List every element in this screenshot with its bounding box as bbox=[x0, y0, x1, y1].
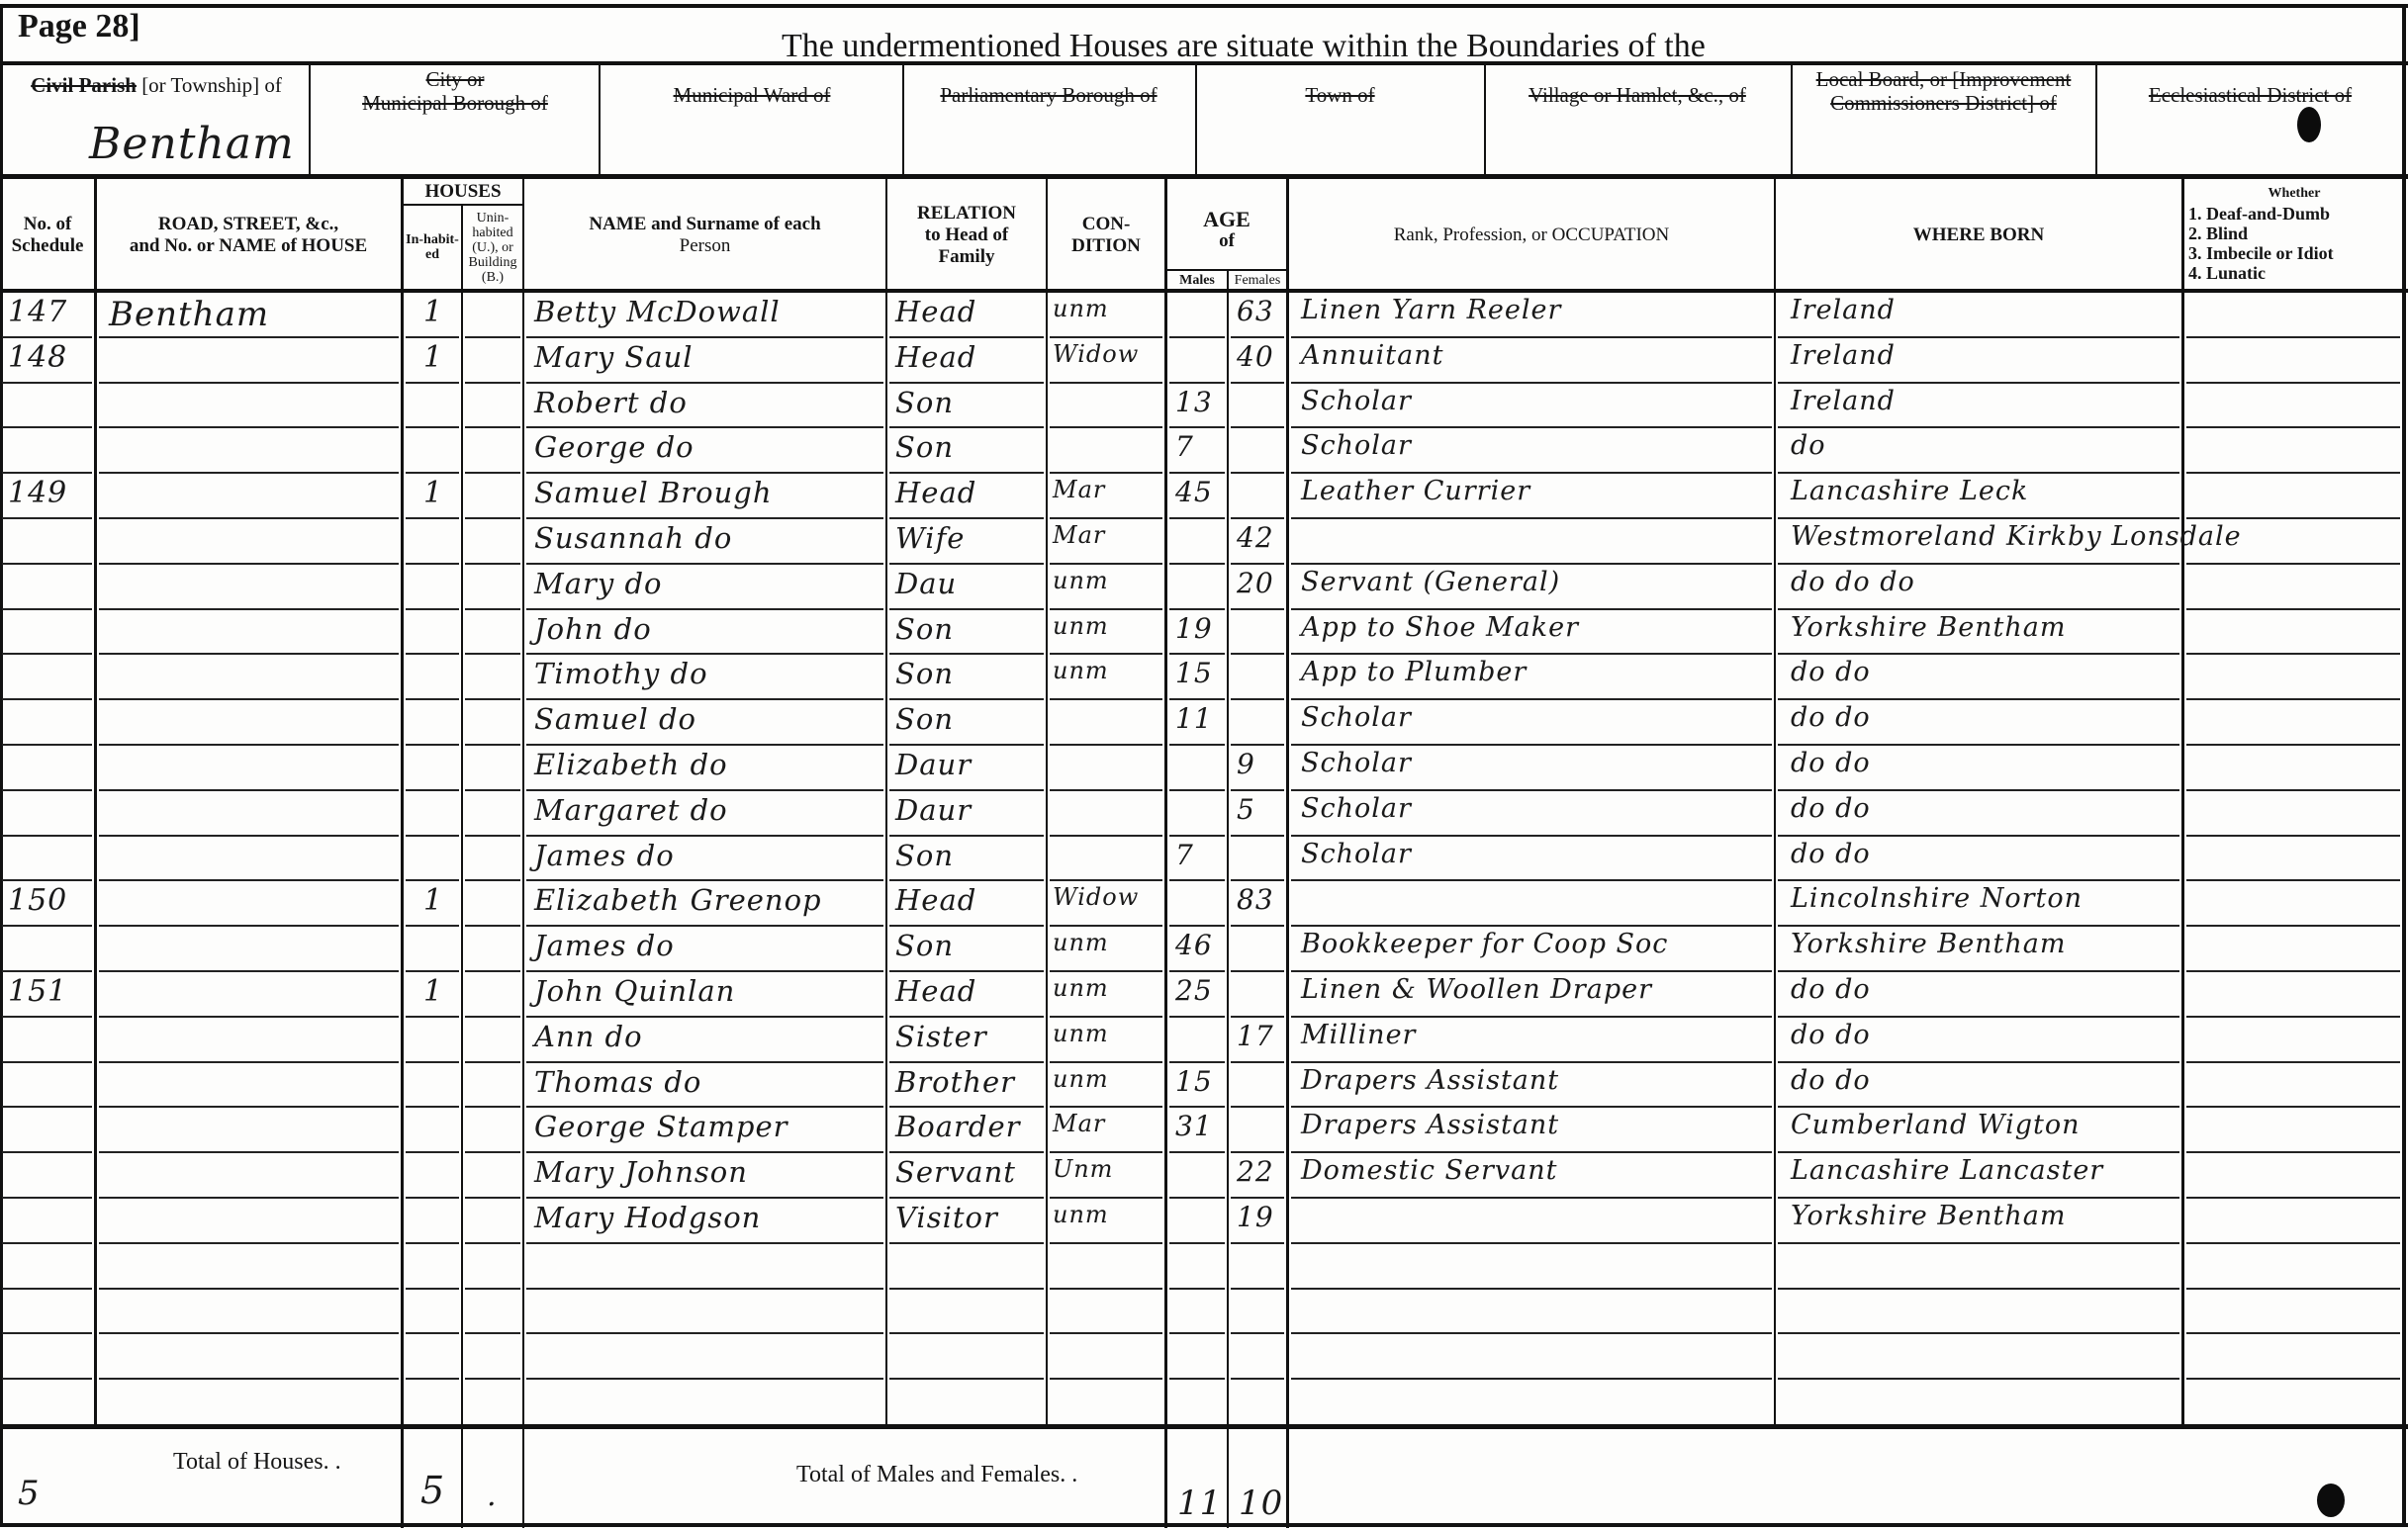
row-rule bbox=[99, 1151, 399, 1153]
header-relation-line2: to Head of bbox=[925, 225, 1008, 246]
row-rule bbox=[1778, 517, 2179, 519]
row-rule bbox=[1291, 1378, 1772, 1380]
cell-schedule: 148 bbox=[8, 340, 67, 375]
admin-divider bbox=[1484, 65, 1486, 174]
col-rule bbox=[522, 178, 524, 1528]
row-rule bbox=[526, 835, 883, 837]
row-rule bbox=[99, 744, 399, 746]
col-rule bbox=[401, 178, 404, 1528]
row-rule bbox=[889, 970, 1044, 972]
row-rule bbox=[1291, 608, 1772, 610]
row-rule bbox=[1291, 426, 1772, 428]
row-rule bbox=[1050, 1242, 1162, 1244]
cell-male-age: 7 bbox=[1175, 839, 1194, 871]
row-rule bbox=[1291, 1151, 1772, 1153]
row-rule bbox=[1291, 382, 1772, 384]
cell-occupation: Scholar bbox=[1301, 839, 1412, 869]
header-name: NAME and Surname of each Person bbox=[524, 184, 885, 287]
row-rule bbox=[1778, 426, 2179, 428]
cell-name: George do bbox=[534, 430, 695, 464]
cell-name: Thomas do bbox=[534, 1065, 701, 1099]
cell-relation: Visitor bbox=[895, 1201, 998, 1234]
cell-occupation: Linen & Woollen Draper bbox=[1301, 974, 1652, 1005]
row-rule bbox=[465, 789, 520, 791]
row-rule bbox=[1231, 382, 1284, 384]
row-rule bbox=[526, 426, 883, 428]
cell-where-born: Yorkshire Bentham bbox=[1791, 929, 2067, 959]
header-age-males: Males bbox=[1167, 271, 1227, 289]
header-name-line1: NAME and Surname of each bbox=[589, 214, 820, 235]
cell-relation: Head bbox=[895, 883, 976, 917]
row-rule bbox=[889, 426, 1044, 428]
row-rule bbox=[1231, 653, 1284, 655]
row-rule bbox=[1231, 1016, 1284, 1018]
header-road: ROAD, STREET, &c., and No. or NAME of HO… bbox=[99, 184, 398, 287]
row-rule bbox=[406, 653, 459, 655]
row-rule bbox=[1050, 653, 1162, 655]
row-rule bbox=[1778, 1106, 2179, 1108]
cell-where-born: Yorkshire Bentham bbox=[1791, 612, 2067, 643]
row-rule bbox=[1169, 563, 1225, 565]
row-rule bbox=[526, 653, 883, 655]
row-rule bbox=[1291, 517, 1772, 519]
cell-occupation: Servant (General) bbox=[1301, 567, 1560, 597]
row-rule bbox=[1050, 336, 1162, 338]
cell-occupation: App to Plumber bbox=[1301, 657, 1527, 687]
municipal-borough-label: City or Municipal Borough of bbox=[317, 67, 594, 115]
row-rule bbox=[406, 879, 459, 881]
row-rule bbox=[2186, 1106, 2400, 1108]
cell-name: Mary Johnson bbox=[534, 1155, 748, 1189]
cell-name: Robert do bbox=[534, 386, 688, 419]
row-rule bbox=[2, 879, 92, 881]
row-rule bbox=[1231, 1378, 1284, 1380]
row-rule bbox=[1050, 472, 1162, 474]
row-rule bbox=[889, 472, 1044, 474]
cell-female-age: 9 bbox=[1237, 748, 1255, 780]
row-rule bbox=[465, 1197, 520, 1199]
row-rule bbox=[1169, 970, 1225, 972]
cell-relation: Servant bbox=[895, 1155, 1016, 1189]
row-rule bbox=[1231, 1151, 1284, 1153]
header-rule bbox=[0, 289, 2408, 293]
row-rule bbox=[406, 1197, 459, 1199]
row-rule bbox=[2186, 925, 2400, 927]
town-label: Town of bbox=[1199, 83, 1481, 107]
cell-name: James do bbox=[534, 929, 675, 962]
municipal-ward-label: Municipal Ward of bbox=[608, 83, 895, 107]
row-rule bbox=[1050, 1332, 1162, 1334]
cell-condition: Unm bbox=[1053, 1155, 1113, 1183]
row-rule bbox=[526, 698, 883, 700]
row-rule bbox=[526, 608, 883, 610]
row-rule bbox=[1050, 1288, 1162, 1290]
row-rule bbox=[2186, 1016, 2400, 1018]
row-rule bbox=[1291, 925, 1772, 927]
header-road-line1: ROAD, STREET, &c., bbox=[158, 214, 338, 235]
cell-female-age: 63 bbox=[1237, 295, 1274, 327]
header-condition-line1: CON- bbox=[1082, 214, 1131, 235]
row-rule bbox=[889, 653, 1044, 655]
col-rule bbox=[94, 178, 97, 1424]
row-rule bbox=[1050, 517, 1162, 519]
cell-occupation: Scholar bbox=[1301, 386, 1412, 416]
header-infirmity-item: 4. Lunatic bbox=[2188, 263, 2400, 283]
row-rule bbox=[526, 1378, 883, 1380]
header-infirmity-item: 3. Imbecile or Idiot bbox=[2188, 243, 2400, 263]
row-rule bbox=[1231, 517, 1284, 519]
cell-occupation: Scholar bbox=[1301, 702, 1412, 733]
cell-inhabited: 1 bbox=[423, 974, 443, 1009]
row-rule bbox=[406, 970, 459, 972]
civil-parish-label: Civil Parish [or Township] of bbox=[6, 73, 307, 97]
cell-where-born: do do bbox=[1791, 1065, 1871, 1096]
cell-occupation: Linen Yarn Reeler bbox=[1301, 295, 1561, 325]
row-rule bbox=[1778, 1061, 2179, 1063]
header-relation-line1: RELATION bbox=[917, 203, 1016, 225]
row-rule bbox=[889, 698, 1044, 700]
row-rule bbox=[1778, 563, 2179, 565]
row-rule bbox=[1291, 698, 1772, 700]
row-rule bbox=[889, 744, 1044, 746]
row-rule bbox=[465, 744, 520, 746]
row-rule bbox=[406, 789, 459, 791]
row-rule bbox=[1291, 879, 1772, 881]
row-rule bbox=[889, 1061, 1044, 1063]
row-rule bbox=[1778, 472, 2179, 474]
row-rule bbox=[99, 698, 399, 700]
row-rule bbox=[2, 925, 92, 927]
row-rule bbox=[889, 1242, 1044, 1244]
row-rule bbox=[465, 970, 520, 972]
row-rule bbox=[2186, 1288, 2400, 1290]
cell-relation: Son bbox=[895, 386, 954, 419]
cell-schedule: 149 bbox=[8, 476, 67, 510]
row-rule bbox=[1050, 925, 1162, 927]
cell-occupation: Leather Currier bbox=[1301, 476, 1530, 506]
row-rule bbox=[889, 1332, 1044, 1334]
row-rule bbox=[2, 336, 92, 338]
row-rule bbox=[2, 653, 92, 655]
header-inhabited: In-habit-ed bbox=[404, 208, 461, 287]
row-rule bbox=[1169, 1106, 1225, 1108]
row-rule bbox=[1231, 744, 1284, 746]
cell-where-born: do bbox=[1791, 430, 1826, 461]
cell-where-born: do do do bbox=[1791, 567, 1915, 597]
row-rule bbox=[1169, 925, 1225, 927]
row-rule bbox=[2186, 517, 2400, 519]
row-rule bbox=[526, 744, 883, 746]
cell-where-born: do do bbox=[1791, 793, 1871, 824]
row-rule bbox=[1050, 382, 1162, 384]
row-rule bbox=[406, 472, 459, 474]
cell-female-age: 22 bbox=[1237, 1155, 1274, 1188]
parliamentary-borough-label: Parliamentary Borough of bbox=[905, 83, 1192, 107]
row-rule bbox=[406, 744, 459, 746]
row-rule bbox=[1169, 835, 1225, 837]
row-rule bbox=[406, 382, 459, 384]
cell-occupation: Domestic Servant bbox=[1301, 1155, 1558, 1186]
cell-occupation: Drapers Assistant bbox=[1301, 1065, 1559, 1096]
row-rule bbox=[1050, 1061, 1162, 1063]
row-rule bbox=[1169, 472, 1225, 474]
cell-male-age: 15 bbox=[1175, 1065, 1213, 1098]
row-rule bbox=[406, 1288, 459, 1290]
cell-occupation: Scholar bbox=[1301, 748, 1412, 778]
row-rule bbox=[526, 1016, 883, 1018]
row-rule bbox=[1778, 1242, 2179, 1244]
row-rule bbox=[1169, 608, 1225, 610]
row-rule bbox=[1050, 1151, 1162, 1153]
row-rule bbox=[406, 1151, 459, 1153]
row-rule bbox=[1169, 879, 1225, 881]
admin-divider bbox=[599, 65, 601, 174]
row-rule bbox=[2, 698, 92, 700]
local-board-label-line2: Commissioners District] of bbox=[1793, 91, 2094, 115]
header-houses: HOUSES bbox=[404, 180, 522, 204]
row-rule bbox=[1169, 336, 1225, 338]
row-rule bbox=[2, 1332, 92, 1334]
cell-where-born: Westmoreland Kirkby Lonsdale bbox=[1791, 521, 2242, 552]
row-rule bbox=[1778, 970, 2179, 972]
header-condition: CON- DITION bbox=[1048, 184, 1164, 287]
cell-female-age: 83 bbox=[1237, 883, 1274, 916]
total-houses-uninhabited: . bbox=[487, 1479, 498, 1513]
row-rule bbox=[2, 744, 92, 746]
row-rule bbox=[406, 517, 459, 519]
row-rule bbox=[465, 835, 520, 837]
row-rule bbox=[1231, 472, 1284, 474]
cell-relation: Head bbox=[895, 974, 976, 1008]
row-rule bbox=[1050, 835, 1162, 837]
cell-where-born: do do bbox=[1791, 1020, 1871, 1050]
village-label: Village or Hamlet, &c., of bbox=[1489, 83, 1786, 107]
page-number: Page 28] bbox=[18, 8, 140, 45]
row-rule bbox=[99, 970, 399, 972]
total-houses-inhabited: 5 bbox=[420, 1469, 445, 1512]
row-rule bbox=[526, 925, 883, 927]
row-rule bbox=[1231, 1332, 1284, 1334]
row-rule bbox=[1778, 382, 2179, 384]
row-rule bbox=[1050, 608, 1162, 610]
cell-condition: Widow bbox=[1053, 883, 1139, 911]
admin-divider bbox=[2095, 65, 2097, 174]
cell-condition: unm bbox=[1053, 567, 1109, 594]
cell-female-age: 42 bbox=[1237, 521, 1274, 554]
cell-name: Elizabeth Greenop bbox=[534, 883, 822, 917]
cell-where-born: do do bbox=[1791, 974, 1871, 1005]
row-rule bbox=[465, 517, 520, 519]
cell-male-age: 15 bbox=[1175, 657, 1213, 689]
row-rule bbox=[465, 382, 520, 384]
row-rule bbox=[1778, 1332, 2179, 1334]
cell-where-born: Ireland bbox=[1791, 340, 1896, 371]
row-rule bbox=[1169, 653, 1225, 655]
row-rule bbox=[889, 1378, 1044, 1380]
row-rule bbox=[526, 1288, 883, 1290]
cell-female-age: 20 bbox=[1237, 567, 1274, 599]
cell-occupation: App to Shoe Maker bbox=[1301, 612, 1579, 643]
cell-condition: Mar bbox=[1053, 476, 1105, 503]
row-rule bbox=[2186, 835, 2400, 837]
row-rule bbox=[99, 336, 399, 338]
cell-name: Elizabeth do bbox=[534, 748, 728, 781]
row-rule bbox=[2186, 1332, 2400, 1334]
cell-where-born: Lincolnshire Norton bbox=[1791, 883, 2083, 914]
row-rule bbox=[99, 1061, 399, 1063]
ink-blot bbox=[2297, 107, 2321, 142]
row-rule bbox=[889, 1151, 1044, 1153]
header-infirmity-item: 2. Blind bbox=[2188, 224, 2400, 243]
cell-where-born: Lancashire Leck bbox=[1791, 476, 2028, 506]
row-rule bbox=[1231, 789, 1284, 791]
row-rule bbox=[99, 653, 399, 655]
row-rule bbox=[1778, 336, 2179, 338]
cell-female-age: 17 bbox=[1237, 1020, 1274, 1052]
cell-condition: unm bbox=[1053, 1201, 1109, 1228]
cell-name: John Quinlan bbox=[534, 974, 735, 1008]
cell-schedule: 147 bbox=[8, 295, 67, 329]
row-rule bbox=[2186, 1242, 2400, 1244]
cell-male-age: 7 bbox=[1175, 430, 1194, 463]
civil-parish-value: Bentham bbox=[89, 119, 295, 169]
row-rule bbox=[1169, 1242, 1225, 1244]
row-rule bbox=[1050, 1197, 1162, 1199]
row-rule bbox=[1231, 1288, 1284, 1290]
cell-condition: unm bbox=[1053, 295, 1109, 322]
cell-occupation: Bookkeeper for Coop Soc bbox=[1301, 929, 1668, 959]
row-rule bbox=[1169, 698, 1225, 700]
col-rule bbox=[1227, 269, 1229, 1528]
cell-condition: unm bbox=[1053, 929, 1109, 956]
header-condition-line2: DITION bbox=[1071, 235, 1141, 257]
row-rule bbox=[526, 563, 883, 565]
row-rule bbox=[99, 1242, 399, 1244]
row-rule bbox=[2186, 472, 2400, 474]
cell-relation: Son bbox=[895, 430, 954, 464]
cell-where-born: do do bbox=[1791, 839, 1871, 869]
cell-condition: unm bbox=[1053, 974, 1109, 1002]
cell-relation: Dau bbox=[895, 567, 957, 600]
row-rule bbox=[99, 1106, 399, 1108]
row-rule bbox=[1778, 835, 2179, 837]
cell-name: Samuel do bbox=[534, 702, 696, 736]
cell-name: Mary Saul bbox=[534, 340, 694, 374]
row-rule bbox=[406, 925, 459, 927]
top-border bbox=[0, 4, 2408, 8]
row-rule bbox=[1291, 653, 1772, 655]
row-rule bbox=[1778, 925, 2179, 927]
row-rule bbox=[465, 1151, 520, 1153]
row-rule bbox=[2186, 563, 2400, 565]
row-rule bbox=[99, 1378, 399, 1380]
col-rule bbox=[1046, 178, 1048, 1424]
cell-relation: Son bbox=[895, 657, 954, 690]
row-rule bbox=[465, 1061, 520, 1063]
row-rule bbox=[406, 336, 459, 338]
row-rule bbox=[406, 1332, 459, 1334]
total-males: 11 bbox=[1177, 1484, 1222, 1523]
row-rule bbox=[889, 879, 1044, 881]
row-rule bbox=[2, 426, 92, 428]
row-rule bbox=[526, 970, 883, 972]
cell-relation: Wife bbox=[895, 521, 965, 555]
cell-occupation: Milliner bbox=[1301, 1020, 1416, 1050]
row-rule bbox=[889, 1016, 1044, 1018]
row-rule bbox=[1291, 1106, 1772, 1108]
cell-male-age: 25 bbox=[1175, 974, 1213, 1007]
row-rule bbox=[2186, 426, 2400, 428]
row-rule bbox=[465, 1288, 520, 1290]
row-rule bbox=[1050, 1016, 1162, 1018]
header-age-of: of bbox=[1219, 230, 1235, 252]
row-rule bbox=[1050, 1378, 1162, 1380]
row-rule bbox=[1291, 1061, 1772, 1063]
cell-name: James do bbox=[534, 839, 675, 872]
header-infirmity-title: Whether bbox=[2188, 184, 2400, 204]
row-rule bbox=[1231, 1106, 1284, 1108]
row-rule bbox=[465, 698, 520, 700]
title-rule bbox=[0, 61, 2408, 65]
cell-female-age: 19 bbox=[1237, 1201, 1274, 1233]
row-rule bbox=[99, 426, 399, 428]
cell-relation: Son bbox=[895, 839, 954, 872]
row-rule bbox=[1778, 789, 2179, 791]
row-rule bbox=[406, 608, 459, 610]
row-rule bbox=[1231, 698, 1284, 700]
row-rule bbox=[1050, 744, 1162, 746]
cell-condition: unm bbox=[1053, 657, 1109, 684]
cell-inhabited: 1 bbox=[423, 295, 443, 329]
row-rule bbox=[889, 1197, 1044, 1199]
row-rule bbox=[1169, 426, 1225, 428]
row-rule bbox=[526, 472, 883, 474]
row-rule bbox=[99, 835, 399, 837]
row-rule bbox=[99, 517, 399, 519]
ink-blot bbox=[2317, 1484, 2345, 1517]
row-rule bbox=[1169, 1016, 1225, 1018]
row-rule bbox=[2186, 789, 2400, 791]
cell-relation: Son bbox=[895, 702, 954, 736]
cell-where-born: do do bbox=[1791, 748, 1871, 778]
ecclesiastical-district-label: Ecclesiastical District of bbox=[2099, 83, 2401, 107]
row-rule bbox=[1778, 608, 2179, 610]
cell-male-age: 11 bbox=[1175, 702, 1213, 735]
row-rule bbox=[1778, 1151, 2179, 1153]
row-rule bbox=[1291, 970, 1772, 972]
cell-occupation: Scholar bbox=[1301, 430, 1412, 461]
row-rule bbox=[1291, 1242, 1772, 1244]
houses-subrule bbox=[404, 204, 522, 206]
header-infirmity-item: 1. Deaf-and-Dumb bbox=[2188, 204, 2400, 224]
row-rule bbox=[1231, 1061, 1284, 1063]
row-rule bbox=[2186, 698, 2400, 700]
row-rule bbox=[1231, 1242, 1284, 1244]
cell-schedule: 151 bbox=[8, 974, 67, 1009]
row-rule bbox=[1231, 879, 1284, 881]
header-uninhabited: Unin-habited (U.), or Building (B.) bbox=[463, 208, 522, 287]
row-rule bbox=[1050, 879, 1162, 881]
admin-divider bbox=[902, 65, 904, 174]
row-rule bbox=[526, 382, 883, 384]
header-where-born: WHERE BORN bbox=[1776, 184, 2181, 287]
cell-name: Mary do bbox=[534, 567, 662, 600]
row-rule bbox=[99, 1016, 399, 1018]
row-rule bbox=[2186, 1061, 2400, 1063]
row-rule bbox=[1291, 1016, 1772, 1018]
row-rule bbox=[2, 1061, 92, 1063]
row-rule bbox=[406, 835, 459, 837]
